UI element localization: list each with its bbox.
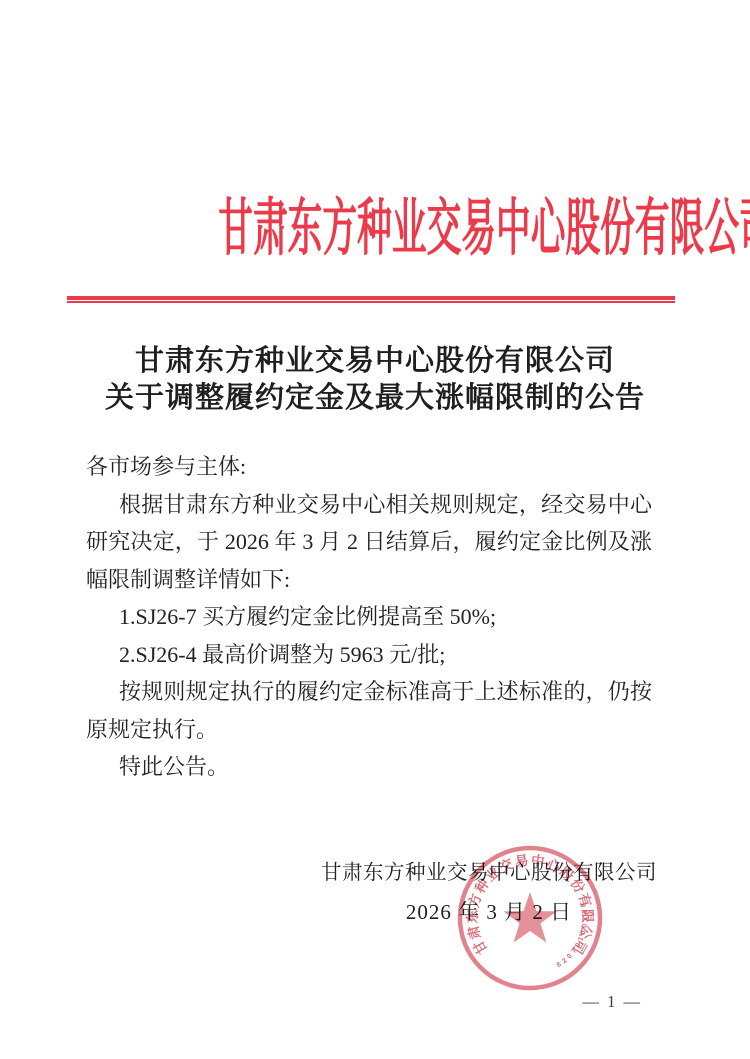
document-body: 各市场参与主体: 根据甘肃东方种业交易中心相关规则规定，经交易中心研究决定，于 …: [86, 448, 652, 786]
company-seal: 甘肃东方种业交易中心股份有限公司 62070100218: [450, 838, 610, 998]
paragraph-provision: 按规则规定执行的履约定金标准高于上述标准的，仍按原规定执行。: [86, 673, 652, 748]
paragraph-item-2: 2.SJ26-4 最高价调整为 5963 元/批;: [86, 636, 652, 674]
paragraph-intro: 根据甘肃东方种业交易中心相关规则规定，经交易中心研究决定，于 2026 年 3 …: [86, 486, 652, 599]
star-icon: [503, 892, 556, 943]
salutation: 各市场参与主体:: [86, 448, 652, 486]
document-title: 甘肃东方种业交易中心股份有限公司 关于调整履约定金及最大涨幅限制的公告: [0, 343, 750, 417]
letterhead: 甘肃东方种业交易中心股份有限公司: [0, 196, 750, 262]
document-page: 甘肃东方种业交易中心股份有限公司 甘肃东方种业交易中心股份有限公司 关于调整履约…: [0, 0, 750, 1059]
document-title-line1: 甘肃东方种业交易中心股份有限公司: [0, 343, 750, 380]
document-title-line2: 关于调整履约定金及最大涨幅限制的公告: [0, 380, 750, 417]
letterhead-company-name: 甘肃东方种业交易中心股份有限公司: [218, 196, 750, 262]
letterhead-divider: [67, 296, 675, 303]
paragraph-item-1: 1.SJ26-7 买方履约定金比例提高至 50%;: [86, 598, 652, 636]
page-number: — 1 —: [583, 992, 643, 1012]
seal-serial-number: 62070100218: [556, 899, 589, 969]
paragraph-closing: 特此公告。: [86, 748, 652, 786]
